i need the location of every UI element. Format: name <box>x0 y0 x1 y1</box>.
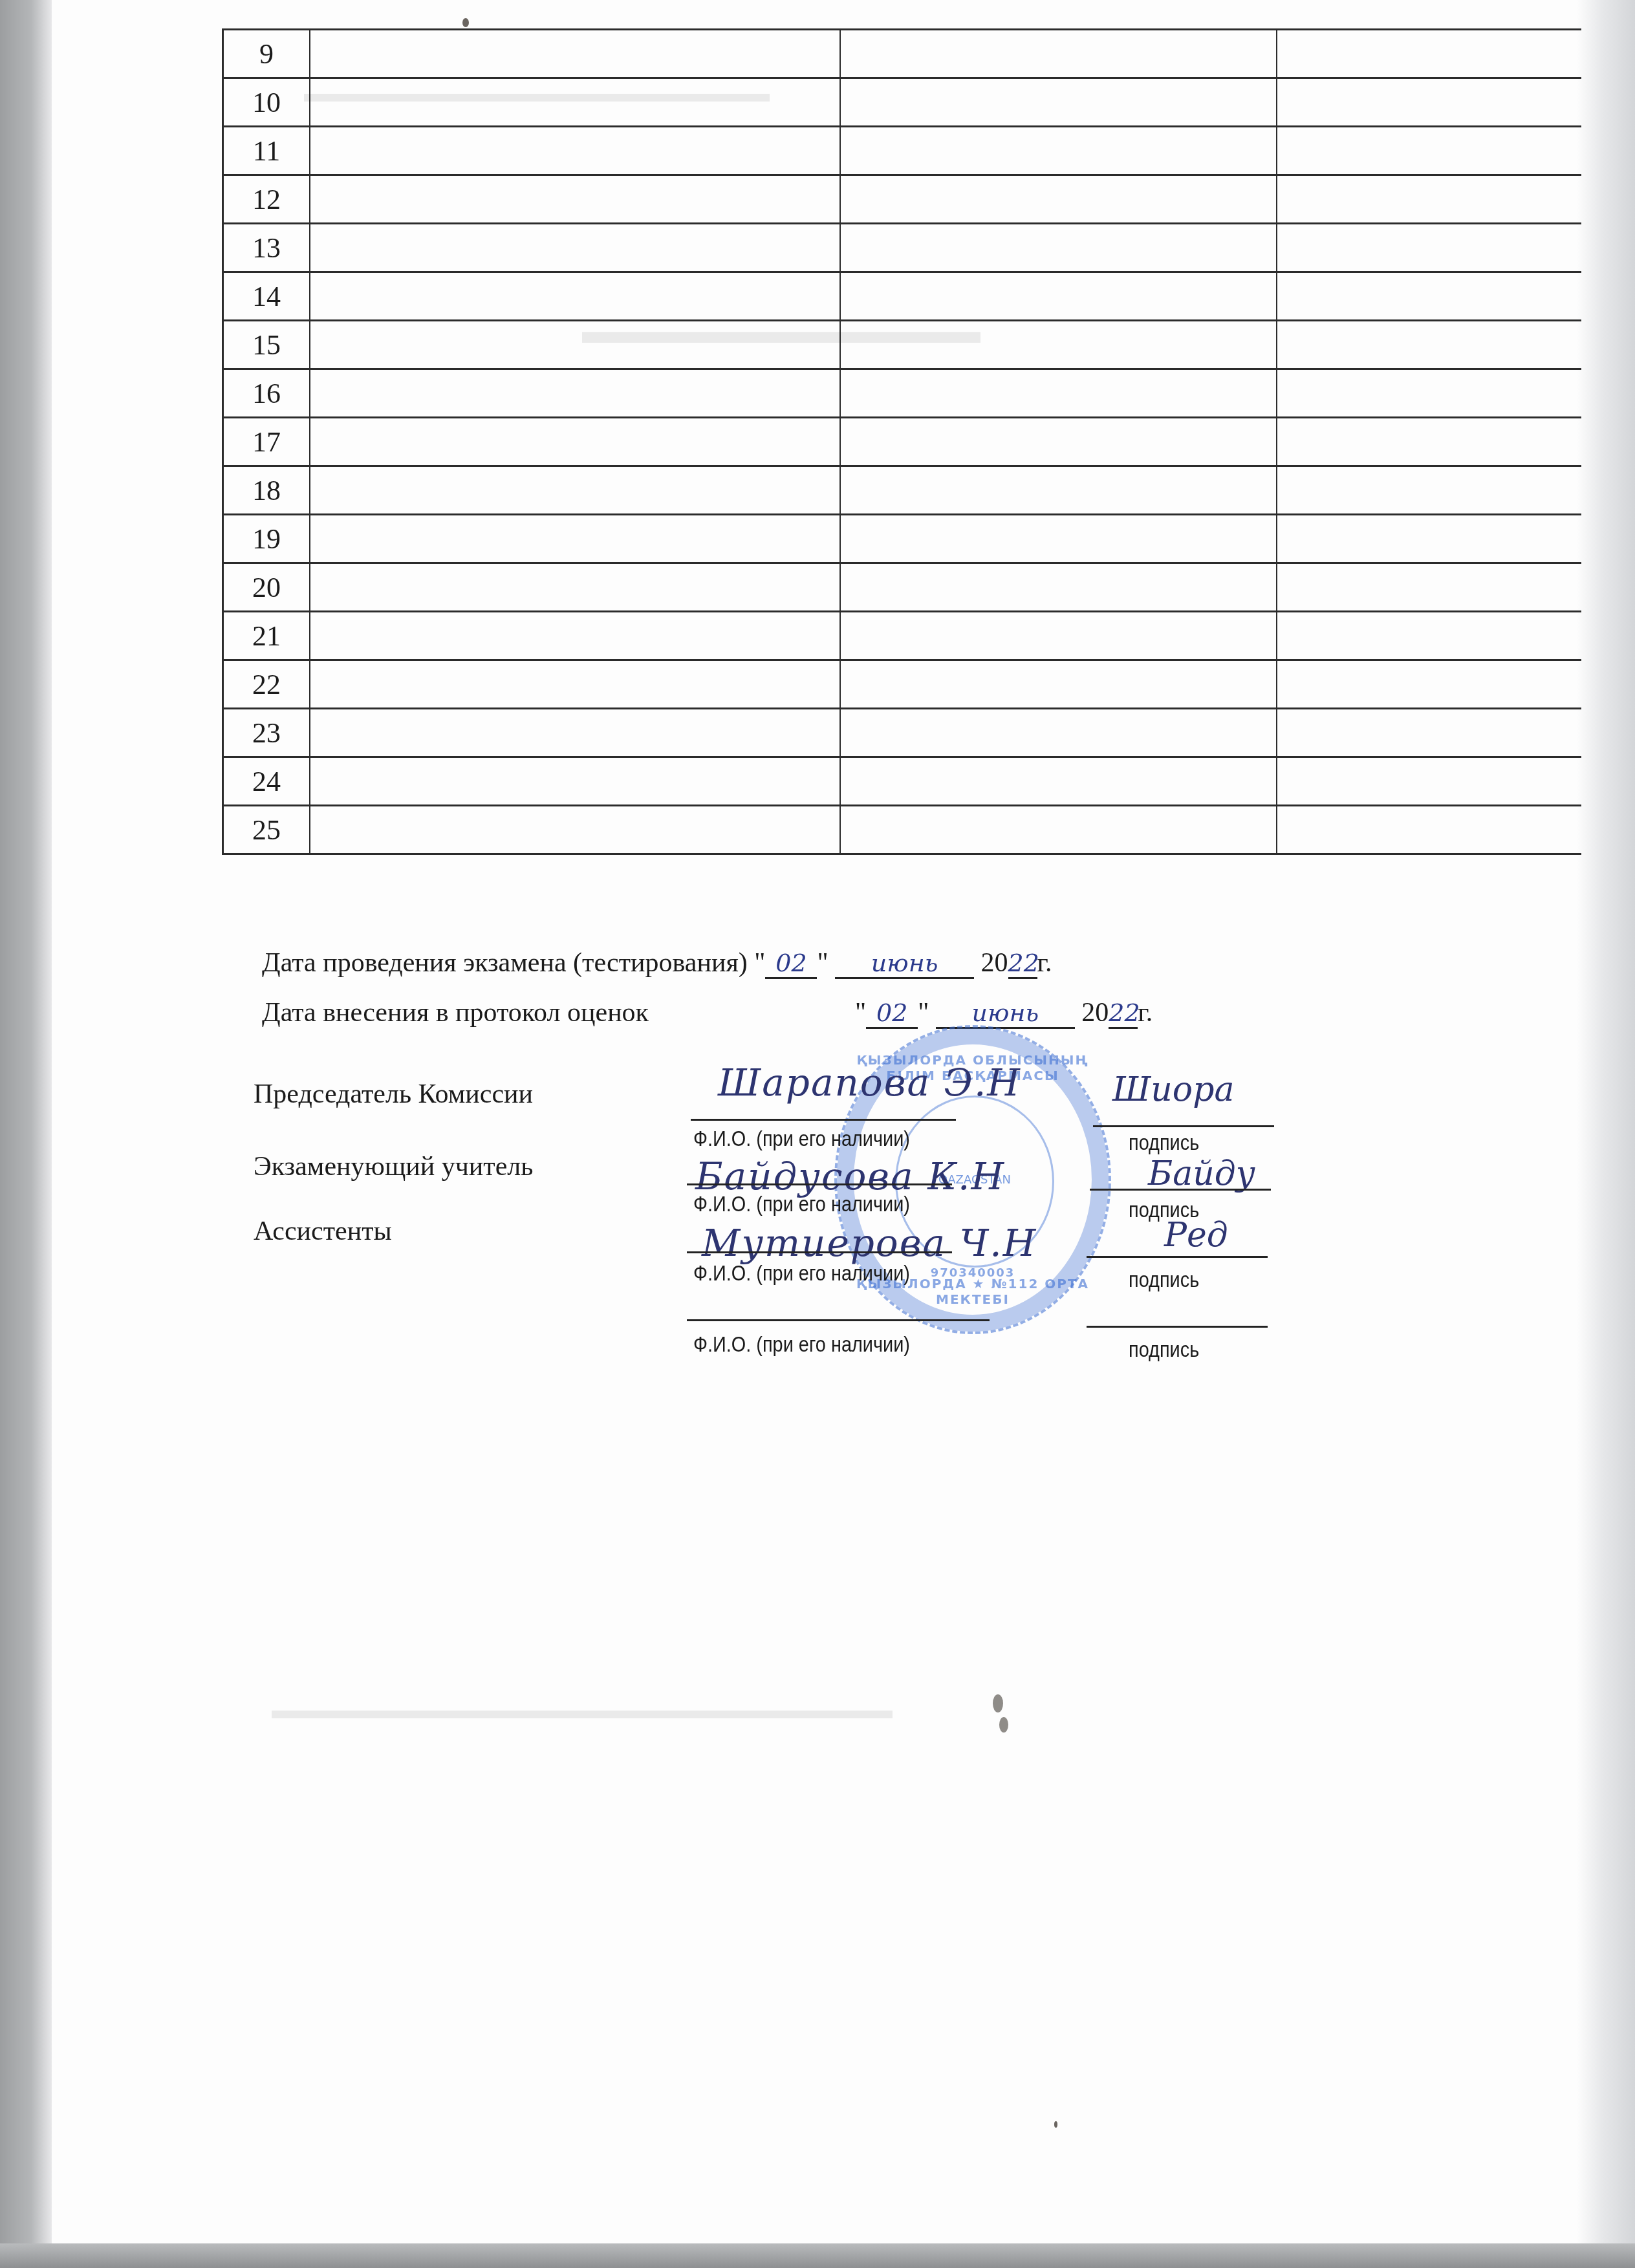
paper-speck <box>999 1717 1008 1733</box>
cell-score[interactable] <box>840 321 1277 369</box>
table-row: 18 <box>223 466 1582 515</box>
cell-name[interactable] <box>310 30 840 78</box>
cell-mark[interactable] <box>1277 709 1581 757</box>
row-number: 20 <box>223 563 310 612</box>
cell-score[interactable] <box>840 78 1277 127</box>
teacher-name-caption: Ф.И.О. (при его наличии) <box>693 1192 910 1217</box>
chairman-name-line <box>691 1119 956 1121</box>
cell-mark[interactable] <box>1277 660 1581 709</box>
chairman-signature-caption: подпись <box>1129 1130 1199 1156</box>
cell-mark[interactable] <box>1277 612 1581 660</box>
row-number: 22 <box>223 660 310 709</box>
exam-date-day-field[interactable]: 02 <box>765 949 817 979</box>
assistant-1-signature-line <box>1087 1256 1268 1258</box>
cell-name[interactable] <box>310 757 840 806</box>
scan-edge-bottom <box>0 2243 1635 2268</box>
row-number: 11 <box>223 127 310 175</box>
chairman-signature[interactable]: Шиора <box>1112 1070 1234 1109</box>
cell-name[interactable] <box>310 175 840 224</box>
cell-mark[interactable] <box>1277 175 1581 224</box>
chairman-name-field[interactable]: Шарапова Э.Н <box>718 1061 1021 1105</box>
cell-mark[interactable] <box>1277 369 1581 418</box>
protocol-date-value: "02" июнь 2022г. <box>855 997 1153 1029</box>
row-number: 15 <box>223 321 310 369</box>
assistant-2-name-caption: Ф.И.О. (при его наличии) <box>693 1332 910 1357</box>
cell-mark[interactable] <box>1277 466 1581 515</box>
cell-name[interactable] <box>310 806 840 854</box>
row-number: 23 <box>223 709 310 757</box>
cell-mark[interactable] <box>1277 30 1581 78</box>
cell-score[interactable] <box>840 806 1277 854</box>
table-row: 13 <box>223 224 1582 272</box>
row-number: 12 <box>223 175 310 224</box>
cell-name[interactable] <box>310 418 840 466</box>
cell-name[interactable] <box>310 369 840 418</box>
cell-mark[interactable] <box>1277 272 1581 321</box>
row-number: 17 <box>223 418 310 466</box>
cell-mark[interactable] <box>1277 515 1581 563</box>
cell-name[interactable] <box>310 321 840 369</box>
exam-date-month-field[interactable]: июнь <box>835 949 974 979</box>
cell-score[interactable] <box>840 369 1277 418</box>
teacher-role-label: Экзаменующий учитель <box>254 1151 533 1182</box>
cell-score[interactable] <box>840 612 1277 660</box>
protocol-date-year-field[interactable]: 22 <box>1109 999 1138 1029</box>
protocol-date-month-field[interactable]: июнь <box>936 999 1075 1029</box>
table-row: 23 <box>223 709 1582 757</box>
table-row: 17 <box>223 418 1582 466</box>
exam-date-label: Дата проведения экзамена (тестирования) <box>262 948 748 978</box>
teacher-name-line <box>687 1183 952 1185</box>
row-number: 16 <box>223 369 310 418</box>
cell-name[interactable] <box>310 272 840 321</box>
row-number: 9 <box>223 30 310 78</box>
table-row: 24 <box>223 757 1582 806</box>
exam-date-year-field[interactable]: 22 <box>1008 949 1037 979</box>
cell-name[interactable] <box>310 515 840 563</box>
assistant-2-signature-line[interactable] <box>1087 1326 1268 1328</box>
table-row: 25 <box>223 806 1582 854</box>
assistants-role-label: Ассистенты <box>254 1216 392 1247</box>
cell-mark[interactable] <box>1277 418 1581 466</box>
cell-name[interactable] <box>310 563 840 612</box>
row-number: 13 <box>223 224 310 272</box>
cell-name[interactable] <box>310 466 840 515</box>
cell-score[interactable] <box>840 757 1277 806</box>
scan-edge-right <box>1577 0 1635 2251</box>
grades-table: 910111213141516171819202122232425 <box>222 28 1581 855</box>
table-row: 22 <box>223 660 1582 709</box>
teacher-signature[interactable]: Байду <box>1148 1154 1255 1193</box>
table-row: 14 <box>223 272 1582 321</box>
assistant-1-signature[interactable]: Ред <box>1164 1216 1228 1255</box>
cell-name[interactable] <box>310 127 840 175</box>
cell-name[interactable] <box>310 612 840 660</box>
assistant-2-name-line[interactable] <box>687 1319 990 1321</box>
protocol-date-day-field[interactable]: 02 <box>866 999 918 1029</box>
protocol-date-row: Дата внесения в протокол оценок <box>262 997 649 1028</box>
paper-speck <box>993 1694 1003 1712</box>
row-number: 25 <box>223 806 310 854</box>
table-row: 11 <box>223 127 1582 175</box>
cell-score[interactable] <box>840 272 1277 321</box>
paper-speck <box>1054 2121 1057 2128</box>
row-number: 24 <box>223 757 310 806</box>
table-row: 16 <box>223 369 1582 418</box>
assistant-1-name-field[interactable]: Мутиерова Ч.Н <box>702 1221 1037 1265</box>
bleed-through-text: ▬▬▬▬▬▬▬▬▬▬▬▬▬▬▬▬▬▬▬▬▬▬▬▬ <box>272 1694 893 1725</box>
assistant-1-name-line <box>687 1251 952 1253</box>
cell-score[interactable] <box>840 563 1277 612</box>
exam-date-row: Дата проведения экзамена (тестирования) … <box>262 947 1052 979</box>
protocol-date-label: Дата внесения в протокол оценок <box>262 998 649 1028</box>
table-row: 21 <box>223 612 1582 660</box>
assistant-1-name-caption: Ф.И.О. (при его наличии) <box>693 1261 910 1286</box>
cell-score[interactable] <box>840 515 1277 563</box>
row-number: 19 <box>223 515 310 563</box>
paper-speck <box>462 18 469 27</box>
table-row: 12 <box>223 175 1582 224</box>
assistant-2-signature-caption: подпись <box>1129 1337 1199 1363</box>
cell-score[interactable] <box>840 466 1277 515</box>
cell-score[interactable] <box>840 660 1277 709</box>
cell-mark[interactable] <box>1277 563 1581 612</box>
scan-edge-left <box>0 0 52 2251</box>
cell-mark[interactable] <box>1277 757 1581 806</box>
cell-score[interactable] <box>840 224 1277 272</box>
cell-mark[interactable] <box>1277 806 1581 854</box>
teacher-signature-line <box>1090 1189 1271 1191</box>
cell-score[interactable] <box>840 709 1277 757</box>
table-row: 20 <box>223 563 1582 612</box>
cell-name[interactable] <box>310 78 840 127</box>
cell-score[interactable] <box>840 127 1277 175</box>
cell-mark[interactable] <box>1277 127 1581 175</box>
cell-score[interactable] <box>840 418 1277 466</box>
table-row: 15 <box>223 321 1582 369</box>
row-number: 18 <box>223 466 310 515</box>
assistant-1-signature-caption: подпись <box>1129 1268 1199 1293</box>
table-row: 19 <box>223 515 1582 563</box>
row-number: 21 <box>223 612 310 660</box>
chairman-name-caption: Ф.И.О. (при его наличии) <box>693 1127 910 1152</box>
cell-mark[interactable] <box>1277 78 1581 127</box>
cell-name[interactable] <box>310 660 840 709</box>
table-row: 10 <box>223 78 1582 127</box>
table-row: 9 <box>223 30 1582 78</box>
cell-name[interactable] <box>310 224 840 272</box>
cell-name[interactable] <box>310 709 840 757</box>
chairman-signature-line <box>1093 1125 1274 1127</box>
cell-score[interactable] <box>840 30 1277 78</box>
row-number: 14 <box>223 272 310 321</box>
row-number: 10 <box>223 78 310 127</box>
cell-mark[interactable] <box>1277 224 1581 272</box>
cell-mark[interactable] <box>1277 321 1581 369</box>
cell-score[interactable] <box>840 175 1277 224</box>
chairman-role-label: Председатель Комиссии <box>254 1079 533 1110</box>
